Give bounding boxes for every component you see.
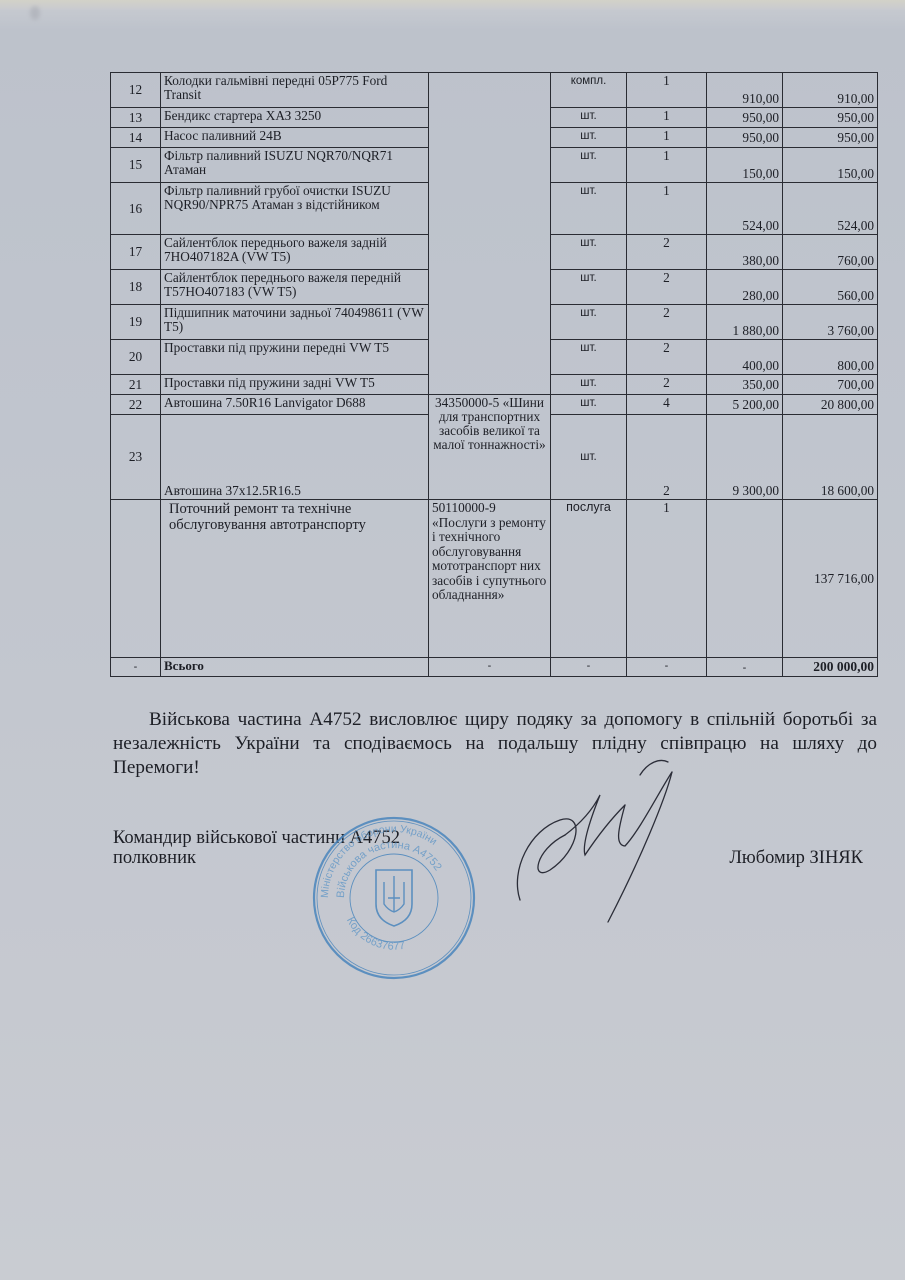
signature-icon: [490, 750, 740, 930]
cpv-code-empty: [429, 73, 551, 395]
item-name: Сайлентблок переднього важеля задній 7HO…: [161, 235, 429, 270]
total-unit: -: [551, 658, 627, 677]
total-price: -: [707, 658, 783, 677]
item-sum: 760,00: [783, 235, 878, 270]
paper-smudge: [30, 6, 40, 20]
paper-edge: [0, 0, 905, 10]
item-qty: 2: [627, 270, 707, 305]
item-price: 950,00: [707, 128, 783, 148]
total-qty: -: [627, 658, 707, 677]
item-qty: 1: [627, 73, 707, 108]
item-qty: 1: [627, 183, 707, 235]
item-price: 280,00: [707, 270, 783, 305]
item-name: Фільтр паливний грубої очистки ISUZU NQR…: [161, 183, 429, 235]
item-unit: шт.: [551, 415, 627, 500]
item-unit: шт.: [551, 183, 627, 235]
total-num: -: [111, 658, 161, 677]
official-stamp-icon: Міністерство оборони України Військова ч…: [308, 812, 480, 984]
item-unit: шт.: [551, 395, 627, 415]
row-number: 18: [111, 270, 161, 305]
row-number: 16: [111, 183, 161, 235]
item-sum: 524,00: [783, 183, 878, 235]
item-qty: 2: [627, 305, 707, 340]
item-price: 380,00: [707, 235, 783, 270]
item-price: 350,00: [707, 375, 783, 395]
service-sum: 137 716,00: [783, 500, 878, 658]
service-unit: послуга: [551, 500, 627, 658]
row-number: [111, 500, 161, 658]
items-table: 12 Колодки гальмівні передні 05P775 Ford…: [110, 72, 878, 677]
item-unit: шт.: [551, 235, 627, 270]
item-name: Проставки під пружини задні VW T5: [161, 375, 429, 395]
item-price: 150,00: [707, 148, 783, 183]
row-number: 17: [111, 235, 161, 270]
item-price: 524,00: [707, 183, 783, 235]
service-price: [707, 500, 783, 658]
item-price: 910,00: [707, 73, 783, 108]
item-unit: шт.: [551, 340, 627, 375]
item-price: 5 200,00: [707, 395, 783, 415]
service-qty: 1: [627, 500, 707, 658]
row-number: 23: [111, 415, 161, 500]
item-unit: шт.: [551, 148, 627, 183]
item-qty: 2: [627, 340, 707, 375]
item-unit: шт.: [551, 305, 627, 340]
cpv-code-tires: 34350000-5 «Шини для транспортних засобі…: [429, 395, 551, 500]
table-row: 22 Автошина 7.50R16 Lanvigator D688 3435…: [111, 395, 878, 415]
table-row-service: Поточний ремонт та технічне обслуговуван…: [111, 500, 878, 658]
row-number: 15: [111, 148, 161, 183]
item-sum: 950,00: [783, 108, 878, 128]
item-qty: 4: [627, 395, 707, 415]
table-row-total: - Всього - - - - 200 000,00: [111, 658, 878, 677]
item-sum: 20 800,00: [783, 395, 878, 415]
item-sum: 560,00: [783, 270, 878, 305]
item-sum: 910,00: [783, 73, 878, 108]
row-number: 21: [111, 375, 161, 395]
item-price: 400,00: [707, 340, 783, 375]
item-qty: 1: [627, 128, 707, 148]
row-number: 13: [111, 108, 161, 128]
service-name: Поточний ремонт та технічне обслуговуван…: [161, 500, 429, 658]
row-number: 14: [111, 128, 161, 148]
total-label: Всього: [161, 658, 429, 677]
row-number: 22: [111, 395, 161, 415]
item-name: Фільтр паливний ISUZU NQR70/NQR71 Атаман: [161, 148, 429, 183]
item-qty: 2: [627, 415, 707, 500]
item-name: Автошина 7.50R16 Lanvigator D688: [161, 395, 429, 415]
item-qty: 1: [627, 108, 707, 128]
row-number: 19: [111, 305, 161, 340]
item-name: Бендикс стартера ХАЗ 3250: [161, 108, 429, 128]
item-sum: 950,00: [783, 128, 878, 148]
item-unit: шт.: [551, 270, 627, 305]
item-unit: шт.: [551, 128, 627, 148]
item-name: Автошина 37x12.5R16.5: [161, 415, 429, 500]
item-name: Сайлентблок переднього важеля передній T…: [161, 270, 429, 305]
item-qty: 2: [627, 375, 707, 395]
item-sum: 150,00: [783, 148, 878, 183]
item-price: 1 880,00: [707, 305, 783, 340]
item-name: Колодки гальмівні передні 05P775 Ford Tr…: [161, 73, 429, 108]
row-number: 12: [111, 73, 161, 108]
signer-name: Любомир ЗІНЯК: [729, 848, 863, 868]
item-qty: 1: [627, 148, 707, 183]
item-name: Насос паливний 24В: [161, 128, 429, 148]
total-sum: 200 000,00: [783, 658, 878, 677]
item-sum: 800,00: [783, 340, 878, 375]
table-row: 12 Колодки гальмівні передні 05P775 Ford…: [111, 73, 878, 108]
item-price: 9 300,00: [707, 415, 783, 500]
item-name: Проставки під пружини передні VW T5: [161, 340, 429, 375]
cpv-code-service: 50110000-9 «Послуги з ремонту і технічно…: [429, 500, 551, 658]
total-cpv: -: [429, 658, 551, 677]
item-unit: шт.: [551, 375, 627, 395]
item-unit: компл.: [551, 73, 627, 108]
item-price: 950,00: [707, 108, 783, 128]
svg-text:Код 26637677: Код 26637677: [344, 915, 406, 953]
item-unit: шт.: [551, 108, 627, 128]
item-name: Підшипник маточини задньої 740498611 (VW…: [161, 305, 429, 340]
item-sum: 3 760,00: [783, 305, 878, 340]
item-sum: 700,00: [783, 375, 878, 395]
item-sum: 18 600,00: [783, 415, 878, 500]
row-number: 20: [111, 340, 161, 375]
item-qty: 2: [627, 235, 707, 270]
